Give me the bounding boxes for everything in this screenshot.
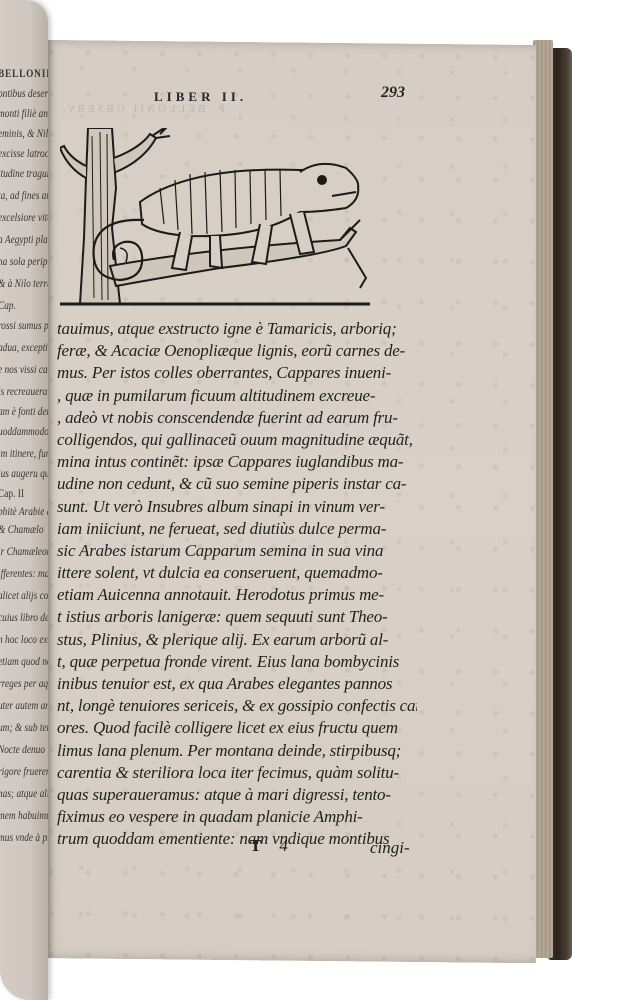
signature-number: 4 [279, 836, 288, 855]
text-line: carentia & steriliora loca iter fecimus,… [57, 762, 417, 784]
text-line: limus lana plenum. Per montana deinde, s… [57, 740, 417, 762]
page-number: 293 [381, 84, 405, 102]
left-text-line: uter autem animal [0, 698, 48, 713]
text-line: udine non cedunt, & cũ suo semine piperi… [57, 473, 417, 495]
text-line: sic Arabes istarum Capparum semina in su… [57, 540, 417, 562]
left-text-line: phitè Arabie arene [0, 504, 48, 519]
left-text-line: rossi sumus per [0, 318, 48, 333]
text-line: ores. Quod facilè colligere licet ex eiu… [57, 717, 417, 739]
left-text-line: Nocte denuo [0, 742, 45, 757]
left-text-line: itudine tragulæ [0, 166, 48, 181]
left-page-header: BELLONII OB [0, 66, 48, 81]
left-text-line: ius augeru quon [0, 466, 48, 481]
left-text-line: alicet alijs corp [0, 588, 48, 603]
text-line: etiam Auicenna annotauit. Herodotus prim… [57, 584, 417, 606]
text-line: nt, longè tenuiores sericeis, & ex gossi… [57, 695, 417, 717]
text-line: iam iniiciunt, ne ferueat, sed diutiùs d… [57, 518, 417, 540]
text-line: stus, Plinius, & plerique alij. Ex earum… [57, 629, 417, 651]
body-text-block: tauimus, atque exstructo igne è Tamarici… [57, 318, 417, 851]
left-text-line: mem habuimus [0, 808, 48, 823]
text-line: tauimus, atque exstructo igne è Tamarici… [57, 318, 417, 340]
catchword: cingi- [370, 838, 410, 858]
left-text-line: eminis, & Nilus [0, 126, 48, 141]
text-line: , adeò vt nobis conscendendæ fuerint ad … [57, 407, 417, 429]
signature-letter: T [250, 836, 261, 855]
left-text-line: monti filiè angustum [0, 106, 48, 121]
left-text-line: ifferentes: maior [0, 566, 48, 581]
left-text-line: cuius libro de Sap [0, 610, 48, 625]
left-text-line: has; atque ali [0, 786, 48, 801]
left-text-line: ir Chamæleonte: [0, 544, 48, 559]
running-head: LIBER II. [154, 89, 247, 105]
text-line: fiximus eo vespere in quadam planicie Am… [57, 806, 417, 828]
left-text-line: a Aegypti pla [0, 232, 48, 247]
left-text-line: & à Nilo terra [0, 276, 48, 291]
left-text-line: is recreauera [0, 384, 47, 399]
page-block-edges [533, 40, 553, 958]
left-text-line: excisse latrocinia [0, 146, 48, 161]
left-text-line: excelsiore vitam [0, 210, 48, 225]
left-text-line: & Chamælo [0, 522, 44, 537]
text-line: ittere solent, vt dulcia ea conseruent, … [57, 562, 417, 584]
verso-page-curled: BELLONII OB ontibus desertum monti filiè… [0, 0, 48, 1000]
text-line: inibus tenuior est, ex qua Arabes elegan… [57, 673, 417, 695]
text-line: colligendos, qui gallinaceũ ouum magnitu… [57, 429, 417, 451]
left-text-line: mus vnde à pietas [0, 830, 48, 845]
left-text-line: ontibus desertum [0, 86, 48, 101]
left-text-line: uoddammodo fi [0, 424, 48, 439]
photo-stage: P. BELLONII OBSERV. LIBER II. 293 [0, 0, 622, 1000]
text-line: mina intus continẽt: ipsæ Cappares iugla… [57, 451, 417, 473]
left-text-line: e nos vissi camp [0, 362, 48, 377]
left-chapter-heading: Cap. II [0, 486, 24, 501]
left-text-line: na sola peripla [0, 254, 48, 269]
text-line: quas superaueramus: atque à mari digress… [57, 784, 417, 806]
left-text-line: ta, ad fines amon [0, 188, 48, 203]
left-text-line: n hoc loco exhib [0, 632, 48, 647]
left-text-line: am è fonti deuit [0, 404, 48, 419]
left-text-line: rreges per aqu [0, 676, 48, 691]
left-text-line: adua, exceptis [0, 340, 48, 355]
signature-mark: T4 [250, 836, 288, 856]
chameleon-woodcut-illustration [60, 128, 370, 306]
text-line: feræ, & Acaciæ Oenopliæque lignis, eorũ … [57, 340, 417, 362]
left-text-line: rigore frueremu [0, 764, 48, 779]
text-line: t, quæ perpetua fronde virent. Eius lana… [57, 651, 417, 673]
text-line: , quæ in pumilarum ficuum altitudinem ex… [57, 385, 417, 407]
left-text-line: im itinere, fum [0, 446, 48, 461]
left-text-line: um; & sub tempe [0, 720, 48, 735]
text-line: t istius arboris lanigeræ: quem sequuti … [57, 606, 417, 628]
text-line: mus. Per istos colles oberrantes, Cappar… [57, 362, 417, 384]
text-line: sunt. Ut verò Insubres album sinapi in v… [57, 496, 417, 518]
text-line: trum quoddam ementiente: nam vndique mon… [57, 828, 417, 850]
left-text-line: Cap. [0, 298, 16, 313]
left-text-line: etiam quod non [0, 654, 48, 669]
